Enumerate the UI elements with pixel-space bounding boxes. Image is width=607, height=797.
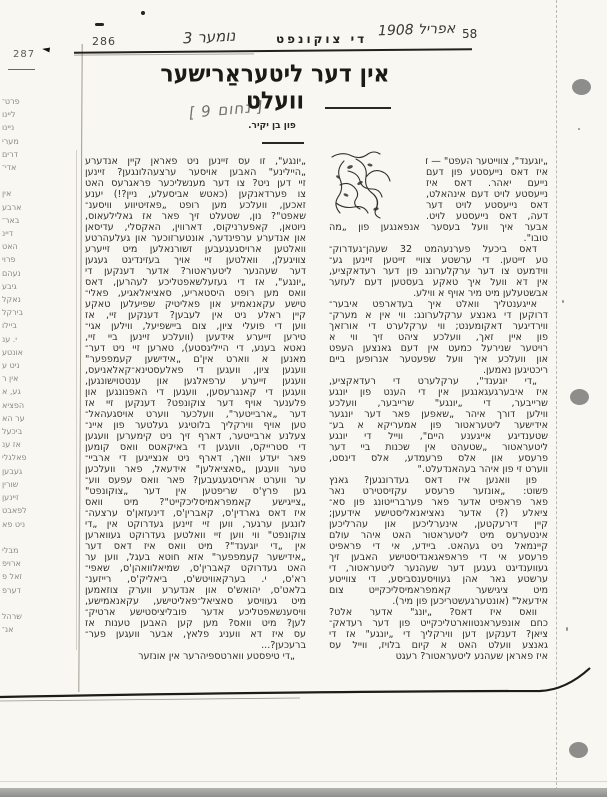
scanner-bed-band — [0, 788, 607, 797]
text-line: טישע עקאנאמיע און פאליטיק שפיעלען טאקע — [85, 299, 306, 310]
bleedthrough-fragment: מבלי — [2, 544, 39, 557]
text-line: ווידמעט צו דער ערקלערונג פון דער רעדאקצי… — [329, 266, 548, 277]
bleedthrough-fragment: לפאבט — [2, 504, 39, 517]
text-line: שאפט"? נון, שטעלט זיך פאר אז גאלילעאוס, — [85, 211, 306, 222]
bleedthrough-fragment: געבען — [2, 465, 39, 478]
bleedthrough-fragment: פרט־ — [2, 95, 39, 108]
text-line: קיין דירעקטען, אינערליכען און עהרליכען — [329, 519, 548, 530]
text-line: אבשטעלען מיט מיר אויף א ווילע. — [329, 288, 548, 299]
text-line: ערשטע גאר אהן געוויסענסביסע, די צווייטע — [329, 574, 548, 585]
text-line: פון וואנען איז דאס געדרונגען? גאנץ — [329, 475, 548, 486]
bleedthrough-fragment: ליינו — [2, 108, 39, 121]
text-line: טירען זייערע אידעען (וועלכע זיינען ביי ז… — [85, 332, 306, 343]
text-line: אין „די יוגענד"? מיט וואס איז דאס דער — [85, 541, 306, 552]
body-column-left: „יונגע", זו עס זיינען ניט פאראן קיין אנד… — [85, 156, 306, 662]
text-line: דעה, דאס נייעסטע לויט. — [426, 211, 548, 222]
bleedthrough-fragment: ביכעל — [2, 425, 39, 438]
handwritten-issue-number: נומער 3 — [183, 27, 236, 48]
text-line: טובו". — [329, 233, 548, 244]
text-line: זאכען, וועלכע מען רופט „פאזיטיווע וויסענ… — [85, 200, 306, 211]
text-line: מאנען א ווארט אין'ם „אידישען קעמפפער" — [85, 354, 306, 365]
text-line: „היילינע" האבען אויסער ערצעהלונגען? זיינ… — [85, 167, 306, 178]
bleedthrough-fragment: ניינו — [2, 121, 39, 134]
text-line: נאטא בענע, די הייליגסטע), טארען זיי ניט … — [85, 343, 306, 354]
text-line: אינטערעס מיט ליטעראטור האט איהר עולם — [329, 530, 548, 541]
scan-edge-line — [0, 781, 607, 782]
text-line: ניוטאן, קאפערניקוס, דארווין, האקסלי, עדי… — [85, 222, 306, 233]
byline: פון בן יקיר. — [240, 121, 304, 131]
text-line: ברעכען?... — [85, 640, 306, 651]
text-line: טער וועגען „סאציאלען" אידעאל, פאר וועלכע… — [85, 464, 306, 475]
bleedthrough-fragment: אין ר — [2, 372, 39, 385]
text-line: פאר יעדע וואך, דארף ניט אנצייגען די ארבי… — [85, 453, 306, 464]
bleedthrough-fragment: ניט ע — [2, 359, 39, 372]
bleedthrough-fragment: ניט פא — [2, 518, 39, 531]
bleedthrough-fragment: ביילו — [2, 319, 39, 332]
text-line: וועגען זייערע ערפאלגען און ענטטוישונגען, — [85, 376, 306, 387]
text-line: „יונגע", אז די געזעלשאפטליכע לעהרען, דאס — [85, 277, 306, 288]
bleedthrough-fragment: זיינען — [2, 491, 39, 504]
left-page-fold-faint — [76, 150, 77, 650]
scanned-journal-page: ◄ 287 פרט־ליינוניינומערידריםאדי־ איןארבע… — [0, 0, 607, 797]
text-line: פאר פראפיט אדער פאר פערברייטונג פון סא־ — [329, 497, 548, 508]
bleedthrough-fragment: בירקל — [2, 306, 39, 319]
facing-page-number: 287 — [13, 49, 35, 60]
margin-dash — [8, 69, 35, 70]
floral-ornament-icon — [326, 151, 426, 221]
journal-masthead: די צוקונפט — [276, 32, 367, 46]
text-line: אידישער ליטעראטור פון אמעריקא א בע־ — [329, 420, 548, 431]
ink-speck — [95, 23, 104, 26]
text-line: רא'ס, י. בערקאוויטש'ס, ביאליק'ס, רייזענ־ — [85, 574, 306, 585]
text-line: ווערט זי פון איהר בעהאנדעלט." — [329, 464, 548, 475]
ink-speck — [141, 11, 145, 15]
title-divider-rule — [325, 107, 391, 109]
bleedthrough-fragment: י. ענ — [2, 333, 39, 346]
bleedthrough-fragment: מערי — [2, 135, 39, 148]
text-line: האט געדרוקט קאברין'ס, שמיאלוואהן'ס, שאפי… — [85, 563, 306, 574]
text-line: „צייגישע קאמפראמיסליכקייט"? מיט וואס — [85, 497, 306, 508]
text-line: ציאן? דענקען דען ווירקליך די „יונגע" אז … — [329, 629, 548, 640]
text-line: צוקונפט" ווי ווען זיי וואלטען געדרוקט גע… — [85, 530, 306, 541]
text-line: ער ווערט ארויסגעגעבען? פאר וואס עפעס ווע… — [85, 475, 306, 486]
bleedthrough-fragment: ארבע — [2, 201, 39, 214]
bleedthrough-fragment: דיינ — [2, 227, 39, 240]
text-line: אין דא וועל איך טאקע בעסטען דעם לעזער — [329, 277, 548, 288]
text-line: נייעסטע לויט דעם אינהאלט, — [426, 189, 548, 200]
ink-speck — [578, 128, 580, 130]
text-line: דאס ביכעל פערנעהמט 32 שעהן־געדרוק־ — [329, 244, 548, 255]
body-column-right: „יוגענד", צווייטער העפט" — דאסאיז דאס ני… — [329, 156, 548, 662]
text-line: צו פערדאנקען (כאטש אביסעלע, ניין?!) יענע — [85, 189, 306, 200]
text-line: דאס נייעסטע לויט דער — [426, 200, 548, 211]
bleedthrough-fragment: פאלגלי — [2, 451, 39, 464]
bleedthrough-fragment: זאל פ — [2, 570, 39, 583]
bleedthrough-fragment: אדי־ — [2, 161, 39, 174]
text-line: פשוט: „אונזער פרעסע עקזיסטירט נאר — [329, 486, 548, 497]
handwritten-date: אפריל 1908 — [378, 21, 456, 40]
text-line: פרעסע אי די פראפאגאנדיסטישע האבען זיך — [329, 552, 548, 563]
text-line: אבער איך וועל בעסער אנפאנגען פון „מה — [329, 222, 548, 233]
text-line: איז פאראן שעהנע ליטעראטור? רעגט — [329, 651, 548, 662]
text-line: „יונגע", זו עס זיינען ניט פאראן קיין אנד… — [85, 156, 306, 167]
text-line: לונגען ערגער, ווען זיי זיינען געדרוקט אי… — [85, 519, 306, 530]
bleedthrough-fragment: ער הא — [2, 412, 39, 425]
bleedthrough-fragment — [2, 597, 39, 610]
text-line: און אנדערע ערפינדער, אונטערזוכער און געל… — [85, 233, 306, 244]
text-line: גען פרץ'ס שריפטען אין דער „צוקונפט" — [85, 486, 306, 497]
bleedthrough-fragment: באר־ — [2, 214, 39, 227]
text-line: טען אויף ווירקליך בלוטיגע געלטער פון איי… — [85, 420, 306, 431]
text-line: דער שעהנער ליטעראטור? אדער דענקען די — [85, 266, 306, 277]
text-line: פרעסע און אלס פרעמדע, אלס דינסט, — [329, 453, 548, 464]
text-line: ווען די פועלי ציון, צום ביישפיעל, ווילען… — [85, 321, 306, 332]
bleedthrough-fragment: גע, א — [2, 385, 39, 398]
text-line: „אידישער קעמפפער" אזא חוטא בעגל, ווען ער — [85, 552, 306, 563]
text-line: מיט געוויסע סאציאל־פאליטישע, עקאנאמישע, — [85, 596, 306, 607]
text-line: קיינמאל ניט געהאט. ביידע, אי די פראפיט — [329, 541, 548, 552]
text-line: גאנצע וועלט האט א קיום בלויז, ווייל עס — [329, 640, 548, 651]
text-line: ווירדיגער דאקומענט; ווי ערקלערט די אורזא… — [329, 321, 548, 332]
bleedthrough-fragment: אז ענ — [2, 438, 39, 451]
bleedthrough-fragment: גיבע — [2, 280, 39, 293]
text-line: וועגען די קאנגרעסען, וועגען די האפנונגען… — [85, 387, 306, 398]
text-line: פון איין זאך, וועלכע ציהט זיך ווי א — [329, 332, 548, 343]
text-line: די סטרייקס, וועגען די באיקאטס וואס קומען — [85, 442, 306, 453]
text-line: בלאט'ס, יהואש'ס און אנדערע ווערק צוזאמען — [85, 585, 306, 596]
text-line: וואס מען רופט היסטאריע, סאציאלאגיע, פאלי… — [85, 288, 306, 299]
byline-divider-rule — [262, 142, 304, 144]
text-line: צעלנע ארבייטער, דארף זיך ניט קימערען ווע… — [85, 431, 306, 442]
text-line: כחם אונפעראנטווארטליכקייט פון דער רעדאק־ — [329, 618, 548, 629]
bleedthrough-text-column: פרט־ליינוניינומערידריםאדי־ איןארבעבאר־די… — [2, 95, 39, 636]
text-line: „די יוגענד", ערקלערט די רעדאקציע, — [329, 376, 548, 387]
text-line: נייעם יאהר. דאס איז — [426, 178, 548, 189]
ink-speck — [562, 300, 564, 303]
bleedthrough-fragment: הפציא — [2, 399, 39, 412]
page-bottom-edge-line — [0, 658, 607, 718]
bleedthrough-fragment: דרים — [2, 148, 39, 161]
bleedthrough-fragment: שרהל — [2, 610, 39, 623]
text-line: עס איז דא וועניג פלאץ, אבער וועגען פער־ — [85, 629, 306, 640]
bleedthrough-fragment — [2, 531, 39, 544]
header-rule — [74, 48, 472, 53]
text-line: שרייבער, די „יונגע" שרייבער, וועלכע — [329, 398, 548, 409]
text-line: איז דאס נייעסטע פון דעם — [426, 167, 548, 178]
handwritten-checkmark: ◄ — [41, 44, 50, 56]
text-line: קיין ראלע ניט אין לעבען? דענקען זיי, אז — [85, 310, 306, 321]
text-line: ווילען דורך איהר „שאפען פאר דער יונגער — [329, 409, 548, 420]
text-line: טע זייטען. די ערשטע צוויי זייטען זיינען … — [329, 255, 548, 266]
text-line: געווענדיגט געגען דער שעהנער ליטעראטור, ד… — [329, 563, 548, 574]
text-line: פלענער אויף דער צוקונפט? דענקען זיי אז — [85, 398, 306, 409]
text-line: ליטעראטור „שטעהט אין שכנות ביי דער — [329, 442, 548, 453]
bleedthrough-fragment: האט — [2, 240, 39, 253]
text-line: רויטער שנירעל כמעט אין דעם גאנצען העפט — [329, 343, 548, 354]
text-line: און וועלכע איך וועל שפעטער אנרופען ביים — [329, 354, 548, 365]
bleedthrough-fragment: דערפ — [2, 584, 39, 597]
text-line: איז איבערגעגאנגען אין די הענט פון יונגע — [329, 387, 548, 398]
text-line: זיי דען ניט? צו דער מענשליכער פראגרעס הא… — [85, 178, 306, 189]
text-line: „יוגענד", צווייטער העפט" — דאס — [426, 156, 548, 167]
text-line: ריכטיגען נאמען. — [329, 365, 548, 376]
bleedthrough-fragment: אין — [2, 187, 39, 200]
text-line: אייגענטליך וואלט איך בעדארפט איבער־ — [329, 299, 548, 310]
bleedthrough-fragment: אנ־ — [2, 623, 39, 636]
text-line: דער „ארבייטער", וועלכער ווערט אויסגעהאל־ — [85, 409, 306, 420]
page-number: 58 — [462, 27, 477, 41]
text-line: ציאלע (?) אדער נאציאנאליסטישע אידעען; — [329, 508, 548, 519]
text-line: וויסענשאפטליכע אדער פובליציסטישע ארטיק־ — [85, 607, 306, 618]
handwritten-page-number-286: 286 — [92, 35, 116, 48]
text-line: מיט ציגישער קאמפראמיסליכקייט צום — [329, 585, 548, 596]
left-page-fold — [78, 44, 82, 692]
text-line: אידעאל" (אונטערגעשטריכען פון מיר). — [329, 596, 548, 607]
text-line: וואלטען ארויסגעגעבען זשורנאלען מיט זייער… — [85, 244, 306, 255]
bleedthrough-fragment — [2, 174, 39, 187]
bleedthrough-fragment: ארויפ — [2, 557, 39, 570]
bleedthrough-fragment: נאקל — [2, 293, 39, 306]
ink-speck — [566, 627, 568, 631]
hole-punch-dot — [572, 79, 591, 95]
header-rule-echo — [74, 53, 254, 55]
bleedthrough-fragment: נעהם — [2, 267, 39, 280]
bleedthrough-fragment: אונטע — [2, 346, 39, 359]
text-line: וואס איז דאס? „יונג" אדער אלט? — [329, 607, 548, 618]
text-line: וועגען ציון, וועגען די פאלעסטינא־קאלאניע… — [85, 365, 306, 376]
hole-punch-dot — [570, 389, 589, 405]
bleedthrough-fragment: שורין — [2, 478, 39, 491]
text-line: שטענדיגע אייגענע היים", ווייל די יונגע — [329, 431, 548, 442]
text-line: איז דאס גארדין'ס, קאברין'ס, דינעזאן'ס ער… — [85, 508, 306, 519]
text-line: צוויגעלן, וואלטען זיי אויך בעזינדיגט געג… — [85, 255, 306, 266]
text-line: לען? מיט וואס? מען קען האבען טענות אז — [85, 618, 306, 629]
text-line: „די טיפסטע ווארטספיהרער אין אונזער — [85, 651, 306, 662]
text-line: דרוקען די גאנצע ערקלערונג: ווי אין א מער… — [329, 310, 548, 321]
bleedthrough-fragment: פרוי — [2, 253, 39, 266]
hole-punch-dot — [569, 742, 588, 758]
